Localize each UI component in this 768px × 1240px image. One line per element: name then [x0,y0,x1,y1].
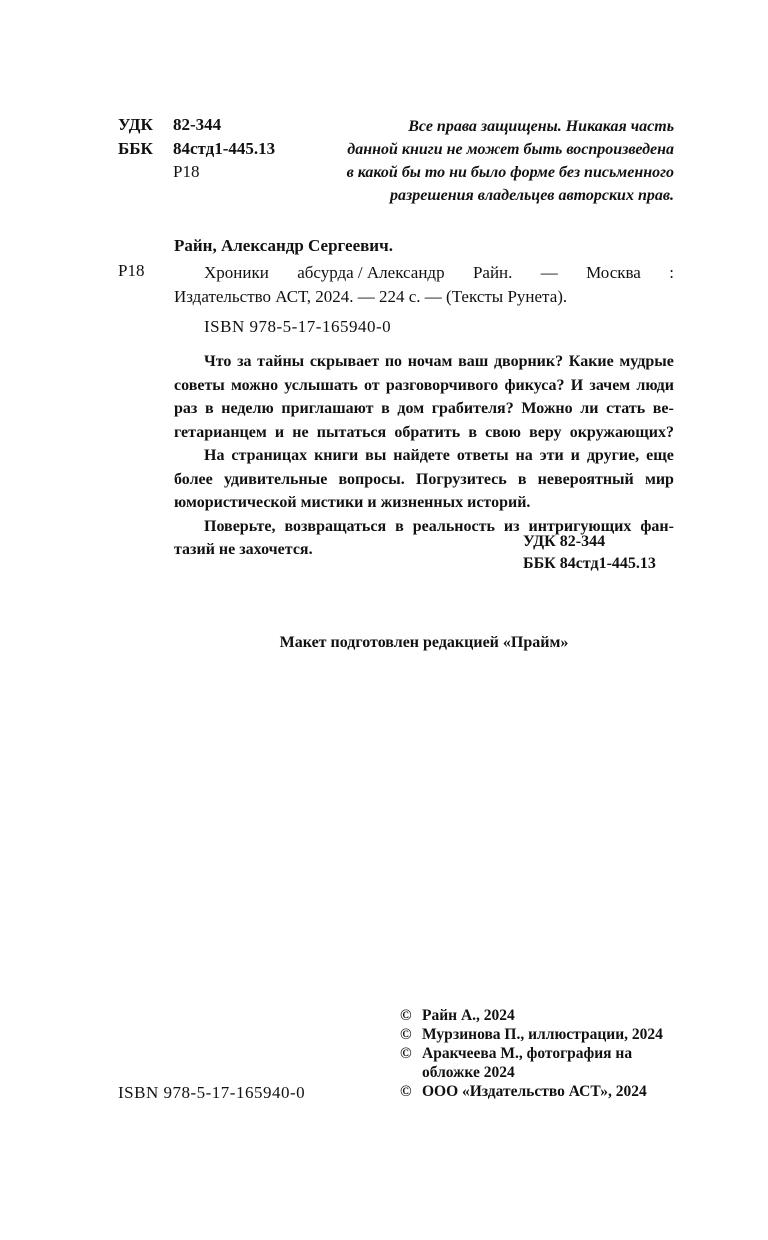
author-mark-row: Р18 [118,162,199,182]
rights-notice: Все права защищены. Никакая часть данной… [320,115,674,207]
title-word: Хроники [204,261,269,285]
codes-block: УДК 82-344 ББК 84стд1-445.13 [523,531,656,575]
rights-line: Все права защищены. Никакая часть [320,115,674,138]
copyright-item-continuation: обложке 2024 [400,1063,663,1082]
copyright-icon: © [400,1082,422,1101]
copyright-block: © Райн А., 2024 © Мурзинова П., иллюстра… [400,1006,663,1101]
author-heading: Райн, Александр Сергеевич. [174,236,393,256]
author-mark: Р18 [173,162,199,181]
rights-line: данной книги не может быть воспроизведен… [320,138,674,161]
annotation-line: Чтозатайныскрываетпоночамвашдворник?Каки… [174,350,674,374]
copyright-item: © Райн А., 2024 [400,1006,663,1025]
annotation-line: развнеделюприглашаютвдомграбителя?Можнол… [174,397,674,421]
isbn-footer: ISBN 978-5-17-165940-0 [118,1083,305,1103]
annotation-line: гетарианцеминепытатьсяобратитьвсвоюверуо… [174,421,674,445]
bbk-value: 84стд1-445.13 [173,139,275,158]
copyright-item: © Аракчеева М., фотография на [400,1044,663,1063]
title-word: абсурда / Александр [297,261,444,285]
udk-label: УДК [118,115,173,135]
copyright-icon: © [400,1044,422,1063]
author-word: Райн. [473,261,512,285]
isbn-record: ISBN 978-5-17-165940-0 [204,317,391,337]
udk-value: 82-344 [173,115,221,134]
udk-row: УДК82-344 [118,115,221,135]
copyright-icon: © [400,1025,422,1044]
annotation-line: юмористической мистики и жизненных истор… [174,491,674,515]
bbk-row: ББК84стд1-445.13 [118,139,275,159]
rights-line: в какой бы то ни было форме без письменн… [320,161,674,184]
rights-line: разрешения владельцев авторских прав. [320,184,674,207]
annotation-line: Настраницахкнигивынайдетеответынаэтиидру… [174,444,674,468]
annotation-line: болееудивительныевопросы.Погрузитесьвнев… [174,468,674,492]
city-word: Москва [586,261,641,285]
copyright-item: © ООО «Издательство АСТ», 2024 [400,1082,663,1101]
udk-code: УДК 82-344 [523,531,656,553]
bibliographic-author-mark: Р18 [118,261,144,281]
bibliographic-line-2: Издательство АСТ, 2024. — 224 с. — (Текс… [174,285,674,309]
layout-credit: Макет подготовлен редакцией «Прайм» [0,634,768,652]
annotation-line: советыможноуслышатьотразговорчивогофикус… [174,374,674,398]
copyright-icon: © [400,1006,422,1025]
bbk-label: ББК [118,139,173,159]
dash: — [541,261,558,285]
bibliographic-description: Хроники абсурда / Александр Райн. — Моск… [174,261,674,309]
bbk-code: ББК 84стд1-445.13 [523,553,656,575]
copyright-item: © Мурзинова П., иллюстрации, 2024 [400,1025,663,1044]
colon: : [669,261,674,285]
bibliographic-line-1: Хроники абсурда / Александр Райн. — Моск… [174,261,674,285]
annotation: Чтозатайныскрываетпоночамвашдворник?Каки… [174,350,674,562]
